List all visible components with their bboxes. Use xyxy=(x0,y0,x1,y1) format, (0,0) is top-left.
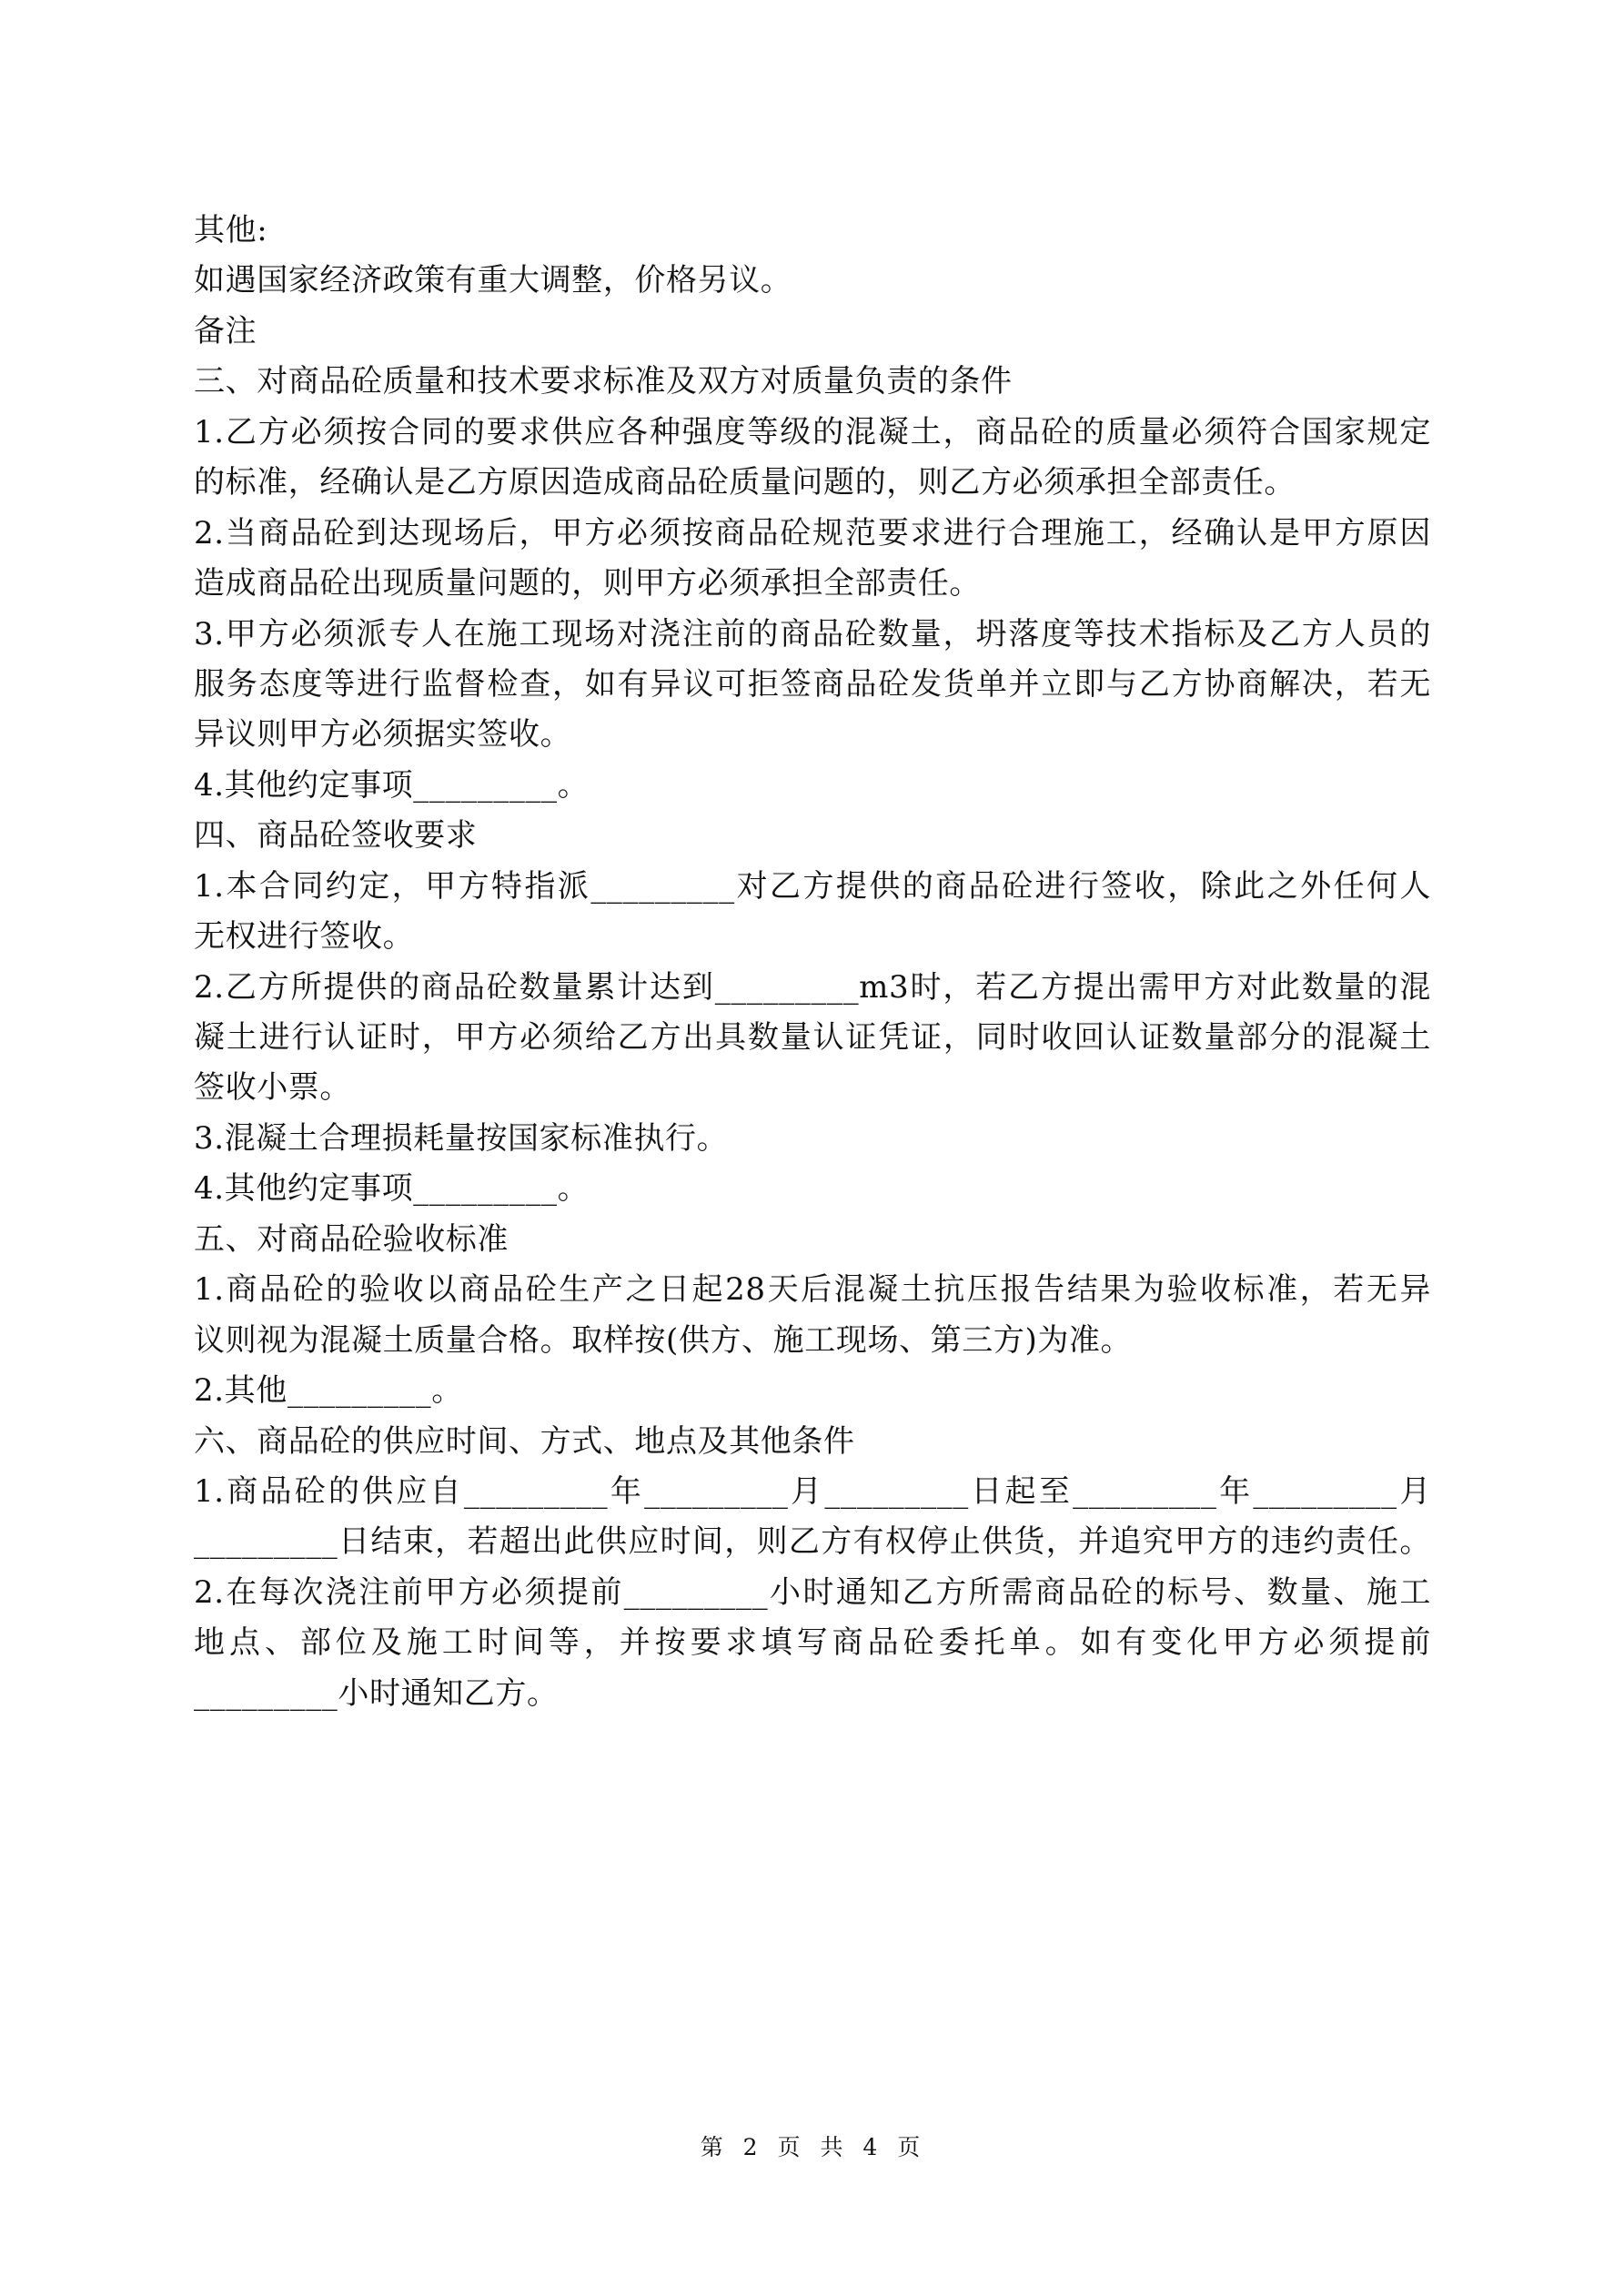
line-other-heading: 其他: xyxy=(194,206,1431,256)
paragraph-line: 3.混凝土合理损耗量按国家标准执行。 xyxy=(194,1114,1431,1164)
section-6-heading: 六、商品砼的供应时间、方式、地点及其他条件 xyxy=(194,1417,1431,1467)
paragraph-line: 造成商品砼出现质量问题的，则甲方必须承担全部责任。 xyxy=(194,559,1431,609)
paragraph-line: 2.当商品砼到达现场后，甲方必须按商品砼规范要求进行合理施工，经确认是甲方原因 xyxy=(194,509,1431,559)
section-3-heading: 三、对商品砼质量和技术要求标准及双方对质量负责的条件 xyxy=(194,357,1431,407)
paragraph-line: 无权进行签收。 xyxy=(194,912,1431,962)
paragraph-line: 2.乙方所提供的商品砼数量累计达到_________m3时，若乙方提出需甲方对此… xyxy=(194,963,1431,1013)
paragraph-line: 1.商品砼的验收以商品砼生产之日起28天后混凝土抗压报告结果为验收标准，若无异 xyxy=(194,1265,1431,1315)
paragraph-line: 议则视为混凝土质量合格。取样按(供方、施工现场、第三方)为准。 xyxy=(194,1316,1431,1366)
paragraph-line: 1.商品砼的供应自_________年_________月_________日起… xyxy=(194,1467,1431,1517)
page-number-footer: 第 2 页 共 4 页 xyxy=(0,2129,1624,2162)
paragraph-line: 4.其他约定事项_________。 xyxy=(194,761,1431,811)
paragraph-line: 1.本合同约定，甲方特指派_________对乙方提供的商品砼进行签收，除此之外… xyxy=(194,862,1431,912)
paragraph-line: 的标准，经确认是乙方原因造成商品砼质量问题的，则乙方必须承担全部责任。 xyxy=(194,458,1431,508)
paragraph-line: 地点、部位及施工时间等，并按要求填写商品砼委托单。如有变化甲方必须提前 xyxy=(194,1618,1431,1668)
paragraph-line: 凝土进行认证时，甲方必须给乙方出具数量认证凭证，同时收回认证数量部分的混凝土 xyxy=(194,1013,1431,1063)
paragraph-line: 4.其他约定事项_________。 xyxy=(194,1164,1431,1214)
line-price-adjust: 如遇国家经济政策有重大调整，价格另议。 xyxy=(194,256,1431,306)
paragraph-line: 2.其他_________。 xyxy=(194,1366,1431,1416)
paragraph-line: 签收小票。 xyxy=(194,1063,1431,1113)
paragraph-line: _________小时通知乙方。 xyxy=(194,1669,1431,1719)
section-4-heading: 四、商品砼签收要求 xyxy=(194,811,1431,861)
paragraph-line: 1.乙方必须按合同的要求供应各种强度等级的混凝土，商品砼的质量必须符合国家规定 xyxy=(194,408,1431,458)
line-remarks: 备注 xyxy=(194,307,1431,357)
paragraph-line: 服务态度等进行监督检查，如有异议可拒签商品砼发货单并立即与乙方协商解决，若无 xyxy=(194,660,1431,710)
paragraph-line: _________日结束，若超出此供应时间，则乙方有权停止供货，并追究甲方的违约… xyxy=(194,1517,1431,1567)
paragraph-line: 2.在每次浇注前甲方必须提前_________小时通知乙方所需商品砼的标号、数量… xyxy=(194,1568,1431,1618)
paragraph-line: 3.甲方必须派专人在施工现场对浇注前的商品砼数量，坍落度等技术指标及乙方人员的 xyxy=(194,610,1431,660)
document-body: 其他: 如遇国家经济政策有重大调整，价格另议。 备注 三、对商品砼质量和技术要求… xyxy=(194,206,1431,1719)
paragraph-line: 异议则甲方必须据实签收。 xyxy=(194,710,1431,760)
section-5-heading: 五、对商品砼验收标准 xyxy=(194,1215,1431,1265)
